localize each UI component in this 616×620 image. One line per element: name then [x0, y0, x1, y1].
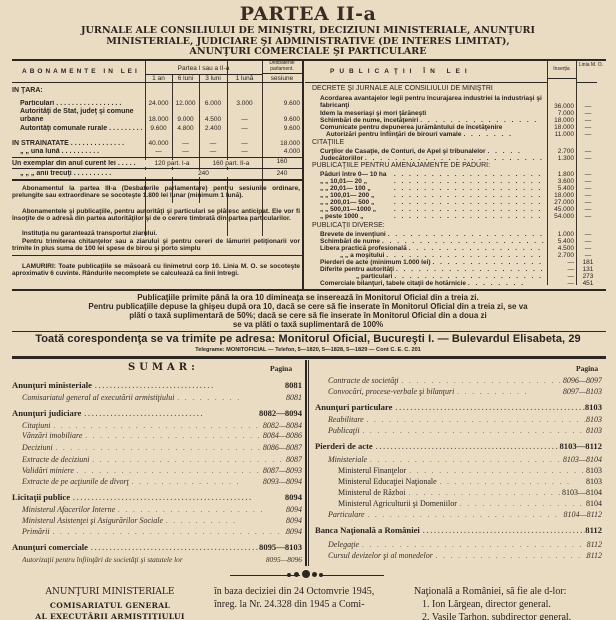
sumar-entry-label: Publicaţii [328, 426, 360, 435]
article-subheading: COMISARIATUL GENERAL [20, 601, 200, 610]
sumar-entry-label: Ministerul Educaţiei Naţionale [338, 477, 437, 486]
cell: 120 part. I-a [145, 160, 199, 167]
notice-line: se va plăti o taxă suplimentară de 100% [20, 320, 596, 329]
row-label: „ „ una lună [20, 148, 60, 156]
sumar-entry-label: Anunţuri ministeriale [12, 380, 92, 390]
sumar-entry-page: 8087—8093 [263, 466, 302, 475]
ornament-dot [319, 573, 323, 577]
col-header: 6 luni [172, 75, 199, 82]
cell: 2.400 [199, 125, 227, 132]
page-subtitle: JURNALE ALE CONSILIULUI DE MINIŞTRI, DEC… [20, 26, 596, 58]
col-desbateri-label: Desbaterile parlament. [262, 61, 302, 72]
cell: 4.800 [172, 125, 199, 132]
note: Abonamentele şi publicaţiile, pentru aut… [12, 208, 300, 222]
pub-row: Comerciale bilanţuri, tabele citaţii de … [320, 280, 545, 287]
pub-linia: — [578, 213, 598, 220]
page-title: PARTEA II-a [0, 3, 616, 25]
row-label: „ „ „ anii trecuţi [20, 170, 72, 178]
cell: 4.500 [199, 116, 227, 123]
sumar-entry-page: 8086—8087 [263, 443, 302, 452]
sumar-entry-label: Citaţiuni [22, 421, 50, 430]
divider [172, 75, 173, 203]
sumar-heading: SUMAR: [128, 362, 199, 373]
sumar-entry-label: Extracte de pe acţiunile de divorţ [22, 477, 129, 486]
sumar-entry-page: 8112 [585, 525, 602, 535]
sumar-entry[interactable]: Reabilitare. . . . . . . . . . . . . . .… [328, 415, 602, 424]
cell: — [199, 140, 227, 147]
cell: — [227, 125, 262, 132]
article-subheading: AL EXECUTĂRII ARMISTIŢIULUI [20, 612, 200, 620]
sumar-entry-page: 8097—8103 [563, 387, 602, 396]
article-line: în baza deciziei din 24 Octomvrie 1945, [214, 585, 414, 598]
pub-inserti: 11.000 [547, 131, 574, 138]
cell: 160 [262, 158, 302, 165]
sumar-entry-label: Anunţuri comerciale [12, 542, 88, 552]
sumar-entry[interactable]: Ministerul Finanţelor. . . . . . . . . .… [338, 466, 602, 475]
cell: 4.000 [262, 148, 300, 155]
notice-line: Publicaţiile primite până la ora 10 dimi… [20, 293, 596, 302]
sumar-entry-page: 8103 [585, 402, 602, 412]
sumar-entry-label: Ministerul Asistenţei şi Asigurărilor So… [22, 516, 163, 525]
rule [305, 82, 547, 83]
sumar-entry[interactable]: Anunţuri judiciare......................… [12, 408, 302, 418]
pub-row: „ peste 1000 „. . . . . . . . . . . . . … [320, 213, 545, 220]
section-label: IN ŢARA: [12, 87, 43, 95]
ornament-dot [287, 573, 291, 577]
sumar-entry-page: 8082—8084 [263, 421, 302, 430]
col-header: sesiune [262, 75, 302, 82]
sumar-entry-label: Anunţuri judiciare [12, 408, 81, 418]
note: Pentru trimiterea chitanţelor sau a ziar… [12, 238, 300, 252]
sumar-entry-page: 8094 [286, 505, 302, 514]
article-line: Naţională a României, să fie ale d-lor: [414, 585, 614, 598]
cell: 240 [262, 170, 302, 177]
pub-row-label: Autorizări pentru înfiinţări de birouri … [326, 131, 461, 138]
section-title: PUBLICAŢII DIVERSE: [312, 222, 385, 230]
section-title: PUBLICAŢIILE PENTRU AMENAJAMENTE DE PADU… [312, 162, 490, 170]
sumar-entry-label: Ministerul de Război [338, 488, 406, 497]
article-column-3: Naţională a României, să fie ale d-lor: … [414, 585, 614, 620]
row-label: Un exemplar din anul curent lei [12, 160, 116, 168]
divider [576, 61, 577, 285]
sumar-entry[interactable]: Primării. . . . . . . . . . . . . . . . … [22, 527, 302, 536]
subtitle-line: ANUNŢURI COMERCIALE ŞI PARTICULARE [20, 47, 596, 58]
sumar-entry-page: 8104 [586, 499, 602, 508]
row-label: Autorităţi comunale rurale [20, 125, 107, 133]
sumar-entry-label: Anunţuri particulare [315, 402, 392, 412]
cell: — [145, 148, 172, 155]
rule [262, 73, 302, 74]
sumar-entry-label: Validări miniere [22, 466, 74, 475]
sumar-entry[interactable]: Anunţuri comerciale.....................… [12, 542, 302, 552]
sumar-entry-page: 8103—8104 [563, 455, 602, 464]
sumar-entry[interactable]: Autorizaţii pentru înfiinţări de societă… [22, 555, 302, 564]
sumar-entry[interactable]: Contracte de societăţi. . . . . . . . . … [328, 376, 602, 385]
insertion-notice: Publicaţiile primite până la ora 10 dimi… [20, 293, 596, 329]
sumar-entry-page: 8082—8094 [259, 408, 302, 418]
cell: 9.600 [145, 125, 172, 132]
sumar-entry[interactable]: Vânzări imobiliare. . . . . . . . . . . … [22, 431, 302, 440]
row-label: Particulari [20, 100, 54, 108]
pub-row-label: Acordarea avantajelor legii pentru încur… [320, 95, 545, 109]
cell: — [227, 116, 262, 123]
sumar-entry-label: Cursul devizelor şi al monedelor [328, 551, 433, 560]
rule [577, 82, 597, 83]
note: Abonamentul la partea III-a (Desbaterile… [12, 185, 300, 199]
divider [308, 360, 309, 566]
correspondence-address: Toată corespondenţa se va trimite pe adr… [8, 333, 608, 345]
col-group-label: Partea I sau a II-a [145, 65, 262, 72]
sumar-entry[interactable]: Validări miniere. . . . . . . . . . . . … [22, 466, 302, 475]
cell: 40.000 [145, 140, 172, 147]
subtitle-line: JURNALE ALE CONSILIULUI DE MINIŞTRI, DEC… [20, 26, 596, 37]
sumar-entry-page: 8081 [286, 393, 302, 402]
sumar-entry-page: 8103 [586, 426, 602, 435]
sumar-entry[interactable]: Cursul devizelor şi al monedelor. . . . … [328, 551, 602, 560]
sumar-entry-label: Convocări, procese-verbale şi bilanţuri [328, 387, 454, 396]
cell: 12.000 [172, 100, 199, 107]
col-header: 1 an [145, 75, 172, 82]
rule [12, 289, 606, 291]
sumar-entry[interactable]: Ministerul Educaţiei Naţionale. . . . . … [338, 477, 602, 486]
cell: 9.600 [262, 125, 300, 132]
sumar-entry-label: Ministerul Afacerilor Interne [22, 505, 115, 514]
pub-linia: 451 [578, 280, 598, 287]
notice-line: Pentru publicaţiile depuse la ghişeu dup… [20, 302, 596, 311]
cell: 18.000 [262, 140, 300, 147]
col-header: 1 lună [227, 75, 262, 82]
article-line: înreg. la Nr. 24.328 din 1945 a Comi- [214, 598, 414, 611]
sumar-entry[interactable]: Pierderi de acte........................… [315, 441, 602, 451]
sumar-entry[interactable]: Ministeriale. . . . . . . . . . . . . . … [328, 455, 602, 464]
sumar-entry[interactable]: Extracte de pe acţiunile de divorţ. . . … [22, 477, 302, 486]
note: Instituţia nu garantează transportul zia… [12, 230, 300, 237]
ornament-dot [294, 572, 299, 577]
cell: 9.600 [262, 100, 300, 107]
sumar-entry-page: 8112 [587, 551, 602, 560]
cell: — [172, 148, 199, 155]
cell: — [172, 140, 199, 147]
col-linia-label: Linia M. O. [578, 62, 604, 68]
cell: 6.000 [199, 100, 227, 107]
pub-linia: — [578, 131, 598, 138]
rule [12, 59, 606, 61]
cell: 9.000 [172, 116, 199, 123]
cell: — [227, 140, 262, 147]
col-inserti-label: Inserţia [547, 66, 576, 72]
cell: 3.000 [227, 100, 262, 107]
divider [302, 61, 304, 291]
table-row-label: Particulari................. [20, 100, 142, 108]
divider [199, 75, 200, 203]
rule [12, 356, 606, 359]
divider [227, 75, 228, 203]
sumar-entry[interactable]: Licitaţii publice.......................… [12, 492, 302, 502]
table-row-label: Autorităţi comunale rurale......... [20, 125, 142, 133]
sumar-entry[interactable]: Comisariatul general al executării armis… [22, 393, 302, 402]
sumar-entry-label: Ministerul Finanţelor [338, 466, 406, 475]
ornament-dot [302, 570, 310, 578]
rule [12, 179, 302, 181]
abonamente-heading: ABONAMENTE IN LEI [22, 68, 140, 76]
sumar-entry[interactable]: Ministerul Afacerilor Interne. . . . . .… [22, 505, 302, 514]
sumar-entry[interactable]: Banca Naţională a României..............… [315, 525, 602, 535]
sumar-entry-label: Licitaţii publice [12, 492, 70, 502]
sumar-entry[interactable]: Ministerul Asistenţei şi Asigurărilor So… [22, 516, 302, 525]
sumar-entry[interactable]: Anunţuri ministeriale...................… [12, 380, 302, 390]
sumar-entry-page: 8112 [587, 540, 602, 549]
rule [322, 575, 384, 576]
sumar-entry-page: 8103—8112 [560, 441, 603, 451]
article-heading: ANUNŢURI MINISTERIALE [20, 587, 200, 597]
sumar-entry-label: Reabilitare [328, 415, 364, 424]
pub-row-label: Comerciale bilanţuri, tabele citaţii de … [320, 280, 466, 287]
sumar-entry-page: 8093—8094 [263, 477, 302, 486]
sumar-entry[interactable]: Ministerul Agriculturii şi Domeniilor. .… [338, 499, 602, 508]
notice-line: plăti o taxă suplimentară de 50%; dacă s… [20, 311, 596, 320]
sumar-entry-label: Extracte de deciziuni [22, 455, 90, 464]
sumar-entry-page: 8095—8103 [259, 542, 302, 552]
sumar-entry-label: Banca Naţională a României [315, 525, 420, 535]
sumar-entry[interactable]: Citaţiuni. . . . . . . . . . . . . . . .… [22, 421, 302, 430]
sumar-entry-page: 8094 [285, 492, 302, 502]
sumar-entry[interactable]: Deciziuni. . . . . . . . . . . . . . . .… [22, 443, 302, 452]
ornament-dot [312, 572, 317, 577]
cell: 18.000 [145, 116, 172, 123]
sumar-entry-label: Vânzări imobiliare [22, 431, 82, 440]
sumar-entry-label: Delegaţie [328, 540, 359, 549]
cell: 240 [145, 170, 262, 177]
sumar-entry[interactable]: Ministerul de Război. . . . . . . . . . … [338, 488, 602, 497]
sumar-entry-page: 8103—8104 [562, 488, 602, 497]
article-column-2: în baza deciziei din 24 Octomvrie 1945, … [214, 585, 414, 611]
telegrame-line: Telegrame: MONITOFICIAL — Telefon, 5—182… [0, 347, 616, 353]
pub-row-label: „ peste 1000 „ [320, 213, 392, 220]
article-line: 2. Vasile Tarhon, subdirector general. [414, 611, 614, 620]
sumar-entry[interactable]: Particulare. . . . . . . . . . . . . . .… [328, 510, 602, 519]
rule [12, 157, 302, 158]
table-row-label: IN STRAINATATE.............. [12, 140, 142, 148]
pub-inserti: — [547, 280, 574, 287]
sumar-entry[interactable]: Delegaţie. . . . . . . . . . . . . . . .… [328, 540, 602, 549]
article-line: 1. Ion Lărgean, director general. [414, 598, 614, 611]
pub-linia: — [578, 155, 598, 162]
pub-inserti: 54.000 [547, 213, 574, 220]
row-label: IN STRAINATATE [12, 140, 69, 148]
cell: — [199, 148, 227, 155]
cell: 24.000 [145, 100, 172, 107]
sumar-entry-page: 8103 [586, 466, 602, 475]
sumar-entry-page: 8087 [286, 455, 302, 464]
sumar-entry-label: Contracte de societăţi [328, 376, 399, 385]
sumar-entry-page: 8103 [586, 415, 602, 424]
cell: — [227, 148, 262, 155]
cell: 9.600 [262, 116, 300, 123]
publicatii-heading: PUBLICAŢII ÎN LEI [330, 68, 472, 76]
exemplar-past-label: „ „ „ anii trecuţi.......... [20, 170, 142, 178]
table-row-label: „ „ una lună.......... [20, 148, 142, 156]
col-header: 3 luni [199, 75, 227, 82]
sumar-entry[interactable]: Anunţuri particulare....................… [315, 402, 602, 412]
sumar-entry[interactable]: Publicaţii. . . . . . . . . . . . . . . … [328, 426, 602, 435]
sumar-entry-page: 8096—8097 [563, 376, 602, 385]
section-title: CITAŢIILE [312, 139, 344, 147]
cell: 160 part. II-a [200, 160, 262, 167]
exemplar-current-label: Un exemplar din anul curent lei..... [12, 160, 142, 168]
table-row-label: Autorităţi de Stat, judeţ şi comune urba… [20, 108, 142, 124]
pagina-label: Pagina [576, 364, 598, 373]
sumar-entry-label: Deciziuni [22, 443, 53, 452]
sumar-entry-label: Ministerul Agriculturii şi Domeniilor [338, 499, 457, 508]
sumar-entry-label: Ministeriale [328, 455, 367, 464]
sumar-entry-page: 8081 [285, 380, 302, 390]
rule [12, 331, 606, 332]
sumar-entry[interactable]: Convocări, procese-verbale şi bilanţuri.… [328, 387, 602, 396]
pub-inserti: 1.300 [547, 155, 574, 162]
rule [548, 78, 576, 79]
divider [305, 360, 307, 566]
sumar-entry-page: 8104—8112 [563, 510, 602, 519]
sumar-entry-label: Particulare [328, 510, 365, 519]
sumar-entry-label: Autorizaţii pentru înfiinţări de societă… [22, 555, 183, 564]
pagina-label: Pagina [270, 364, 292, 373]
lamuriri-note: LAMURIRI: Toate publicaţiile se măsoară … [12, 263, 300, 277]
sumar-entry-page: 8094 [286, 516, 302, 525]
sumar-entry-label: Pierderi de acte [315, 441, 373, 451]
sumar-entry-page: 8095—8096 [266, 555, 302, 564]
sumar-entry-page: 8094 [286, 527, 302, 536]
pub-row: Autorizări pentru înfiinţări de birouri … [326, 131, 545, 138]
sumar-entry-page: 8103 [586, 477, 602, 486]
rule [12, 168, 302, 169]
sumar-entry-label: Comisariatul general al executării armis… [22, 393, 174, 402]
sumar-entry[interactable]: Extracte de deciziuni. . . . . . . . . .… [22, 455, 302, 464]
rule [12, 255, 302, 256]
sumar-entry-label: Primării [22, 527, 50, 536]
sumar-entry-page: 8084—8086 [263, 431, 302, 440]
section-title: DECRETE ŞI JURNALE ALE CONSILIULUI DE MI… [312, 85, 493, 93]
